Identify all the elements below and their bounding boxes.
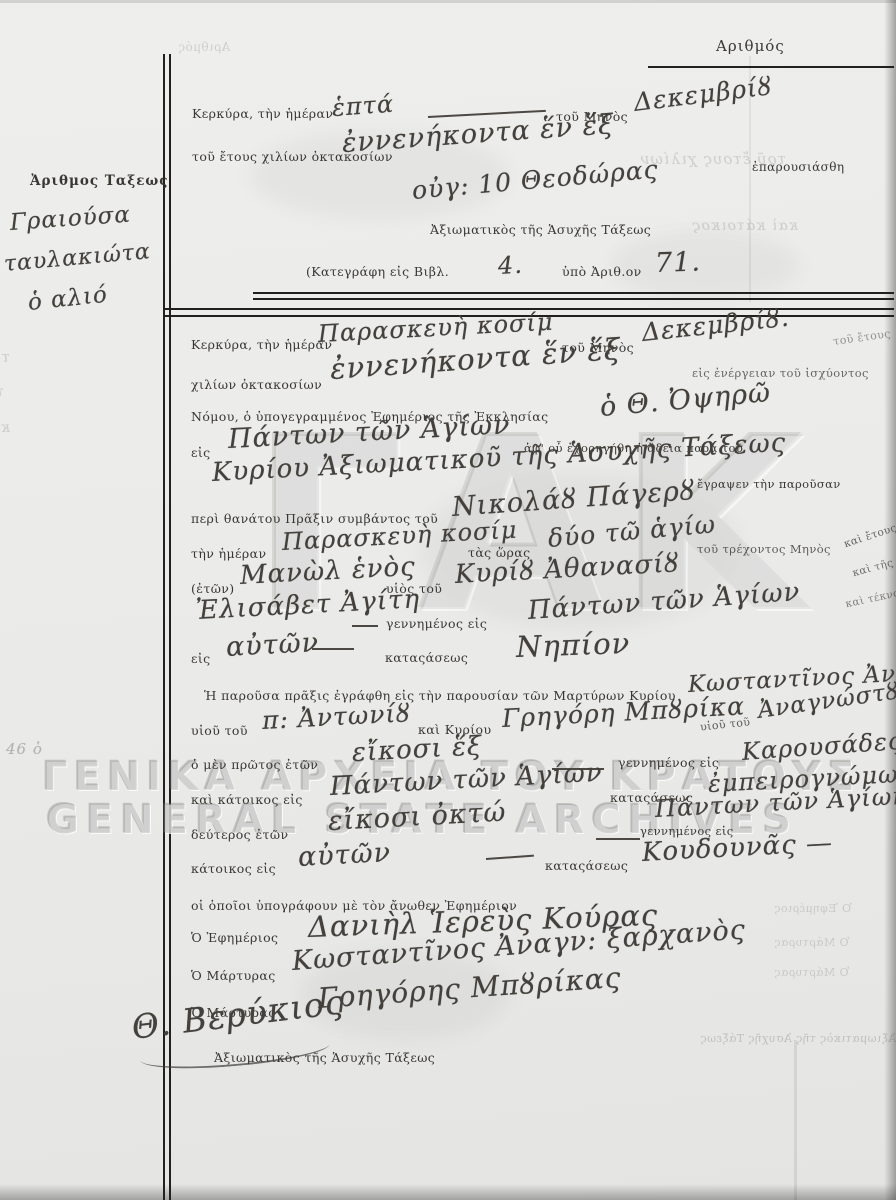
bleedthrough-right-4: Ὁ Μάρτυρας bbox=[774, 936, 849, 949]
section-divider-upper-rule bbox=[253, 292, 894, 300]
book-number-entry: 4. bbox=[497, 251, 523, 280]
pen-dash bbox=[312, 648, 354, 650]
body-year-margin-label: τοῦ ἔτους bbox=[832, 327, 891, 348]
fold-line-bottom bbox=[794, 1040, 797, 1200]
current-month-label: τοῦ τρέχοντος Μηνὸς bbox=[697, 542, 831, 556]
bleedthrough-right-2: καὶ κάτοικος bbox=[692, 218, 798, 234]
born-at-label-2: γεννημένος εἰς bbox=[618, 755, 719, 770]
number-underline bbox=[648, 66, 894, 68]
status-entry-infant: Νηπίον bbox=[515, 626, 630, 664]
presented-label: ἐπαρουσιάσθη bbox=[752, 160, 844, 174]
resident-at-label-1: καὶ κάτοικος εἰς bbox=[191, 792, 303, 807]
bleedthrough-number-label: Αριθμός bbox=[178, 40, 230, 54]
residence-entry: αὐτῶν bbox=[225, 627, 320, 663]
number-label: Αριθμός bbox=[716, 37, 785, 55]
bleedthrough-bottom-right: Ἀξιωματικὸς τῆς Ἁσυχῆς Τάξεως bbox=[700, 1032, 896, 1045]
body-year-label: χιλίων ὀκτακοσίων bbox=[191, 377, 322, 392]
first-witness-birthplace-entry: Καρουσάδες bbox=[741, 727, 896, 766]
order-number-label: Ἀριθμος Ταξεως bbox=[30, 173, 169, 189]
born-at-label-1: γεννημένος εἰς bbox=[386, 616, 487, 631]
header-day-entry: ἑπτά bbox=[331, 90, 395, 122]
law-in-force-label: εἰς ἐνέργειαν τοῦ ἰσχύοντος bbox=[692, 366, 869, 380]
margin-handwriting-3: ὁ αλιό bbox=[27, 282, 109, 316]
second-witness-residence-entry: αὐτῶν bbox=[297, 837, 392, 873]
margin-handwriting-2: ταυλακιώτα bbox=[3, 239, 152, 277]
witness1-father-entry: π: Ἀντωνίȣ bbox=[261, 698, 411, 735]
resident-at-label-2: κάτοικος εἰς bbox=[191, 861, 276, 876]
pen-dash bbox=[352, 625, 378, 627]
residence-at-label: εἰς bbox=[191, 651, 211, 666]
officer-signature-title-label: Ἀξιωματικὸς τῆς Ἁσυχῆς Τάξεως bbox=[214, 1050, 435, 1065]
body-place-day-label: Κερκύρα, τὴν ἡμέραν bbox=[191, 337, 332, 352]
bleedthrough-right-5: Ὁ Μάρτυρας bbox=[774, 966, 849, 979]
wrote-the-present-label: ἔγραψεν τὴν παροῦσαν bbox=[697, 477, 841, 491]
bleedthrough-left-1: τοῦ ἔτους bbox=[0, 348, 10, 366]
death-day-label: τὴν ἡμέραν bbox=[191, 546, 266, 561]
second-witness-age-label: δεύτερος ἐτῶν bbox=[191, 827, 288, 842]
pen-dash bbox=[486, 855, 534, 860]
bleedthrough-margin-note: 46 ὁ bbox=[6, 740, 43, 758]
witness1-signature-label: Ὁ Μάρτυρας bbox=[191, 968, 276, 983]
header-officer-label: Ἀξιωματικὸς τῆς Ἁσυχῆς Τάξεως bbox=[430, 222, 651, 237]
pen-dash bbox=[596, 838, 640, 840]
bleedthrough-left-3: καὶ κάτοικος bbox=[0, 420, 10, 436]
status-label-3: καταςάσεως bbox=[545, 858, 628, 873]
church-at-label: εἰς bbox=[191, 445, 211, 460]
first-witness-age-label: ὁ μὲν πρῶτος ἐτῶν bbox=[191, 757, 318, 772]
act-number-entry: 71. bbox=[654, 246, 701, 279]
bleedthrough-right-3: Ὁ Ἐφημέριος bbox=[774, 902, 851, 915]
header-place-day-label: Κερκύρα, τὴν ἡμέραν bbox=[192, 106, 333, 121]
status-label-1: καταςάσεως bbox=[385, 650, 468, 665]
registered-in-book-label: (Κατεγράφη εἰς Βιβλ. bbox=[306, 264, 449, 279]
scanned-death-record-page: ΓΑΚ ΓΕΝΙΚΑ ΑΡΧΕΙΑ ΤΟΥ ΚΡΑΤΟΥΣ GENERAL ST… bbox=[0, 0, 896, 1200]
bleedthrough-left-2: τοῦ λογίζεται bbox=[0, 384, 4, 400]
top-scan-edge bbox=[0, 0, 896, 3]
witness1-son-of-label: υἱοῦ τοῦ bbox=[191, 723, 248, 738]
priest-signature-label: Ὁ Ἐφημέριος bbox=[191, 930, 278, 945]
header-month-entry: Δεκεμβρίȣ bbox=[632, 71, 774, 117]
bottom-scan-edge bbox=[0, 1184, 896, 1200]
under-number-label: ὑπὸ Ἀριθ.ον bbox=[562, 264, 642, 279]
margin-handwriting-1: Γραιούσα bbox=[9, 202, 132, 236]
